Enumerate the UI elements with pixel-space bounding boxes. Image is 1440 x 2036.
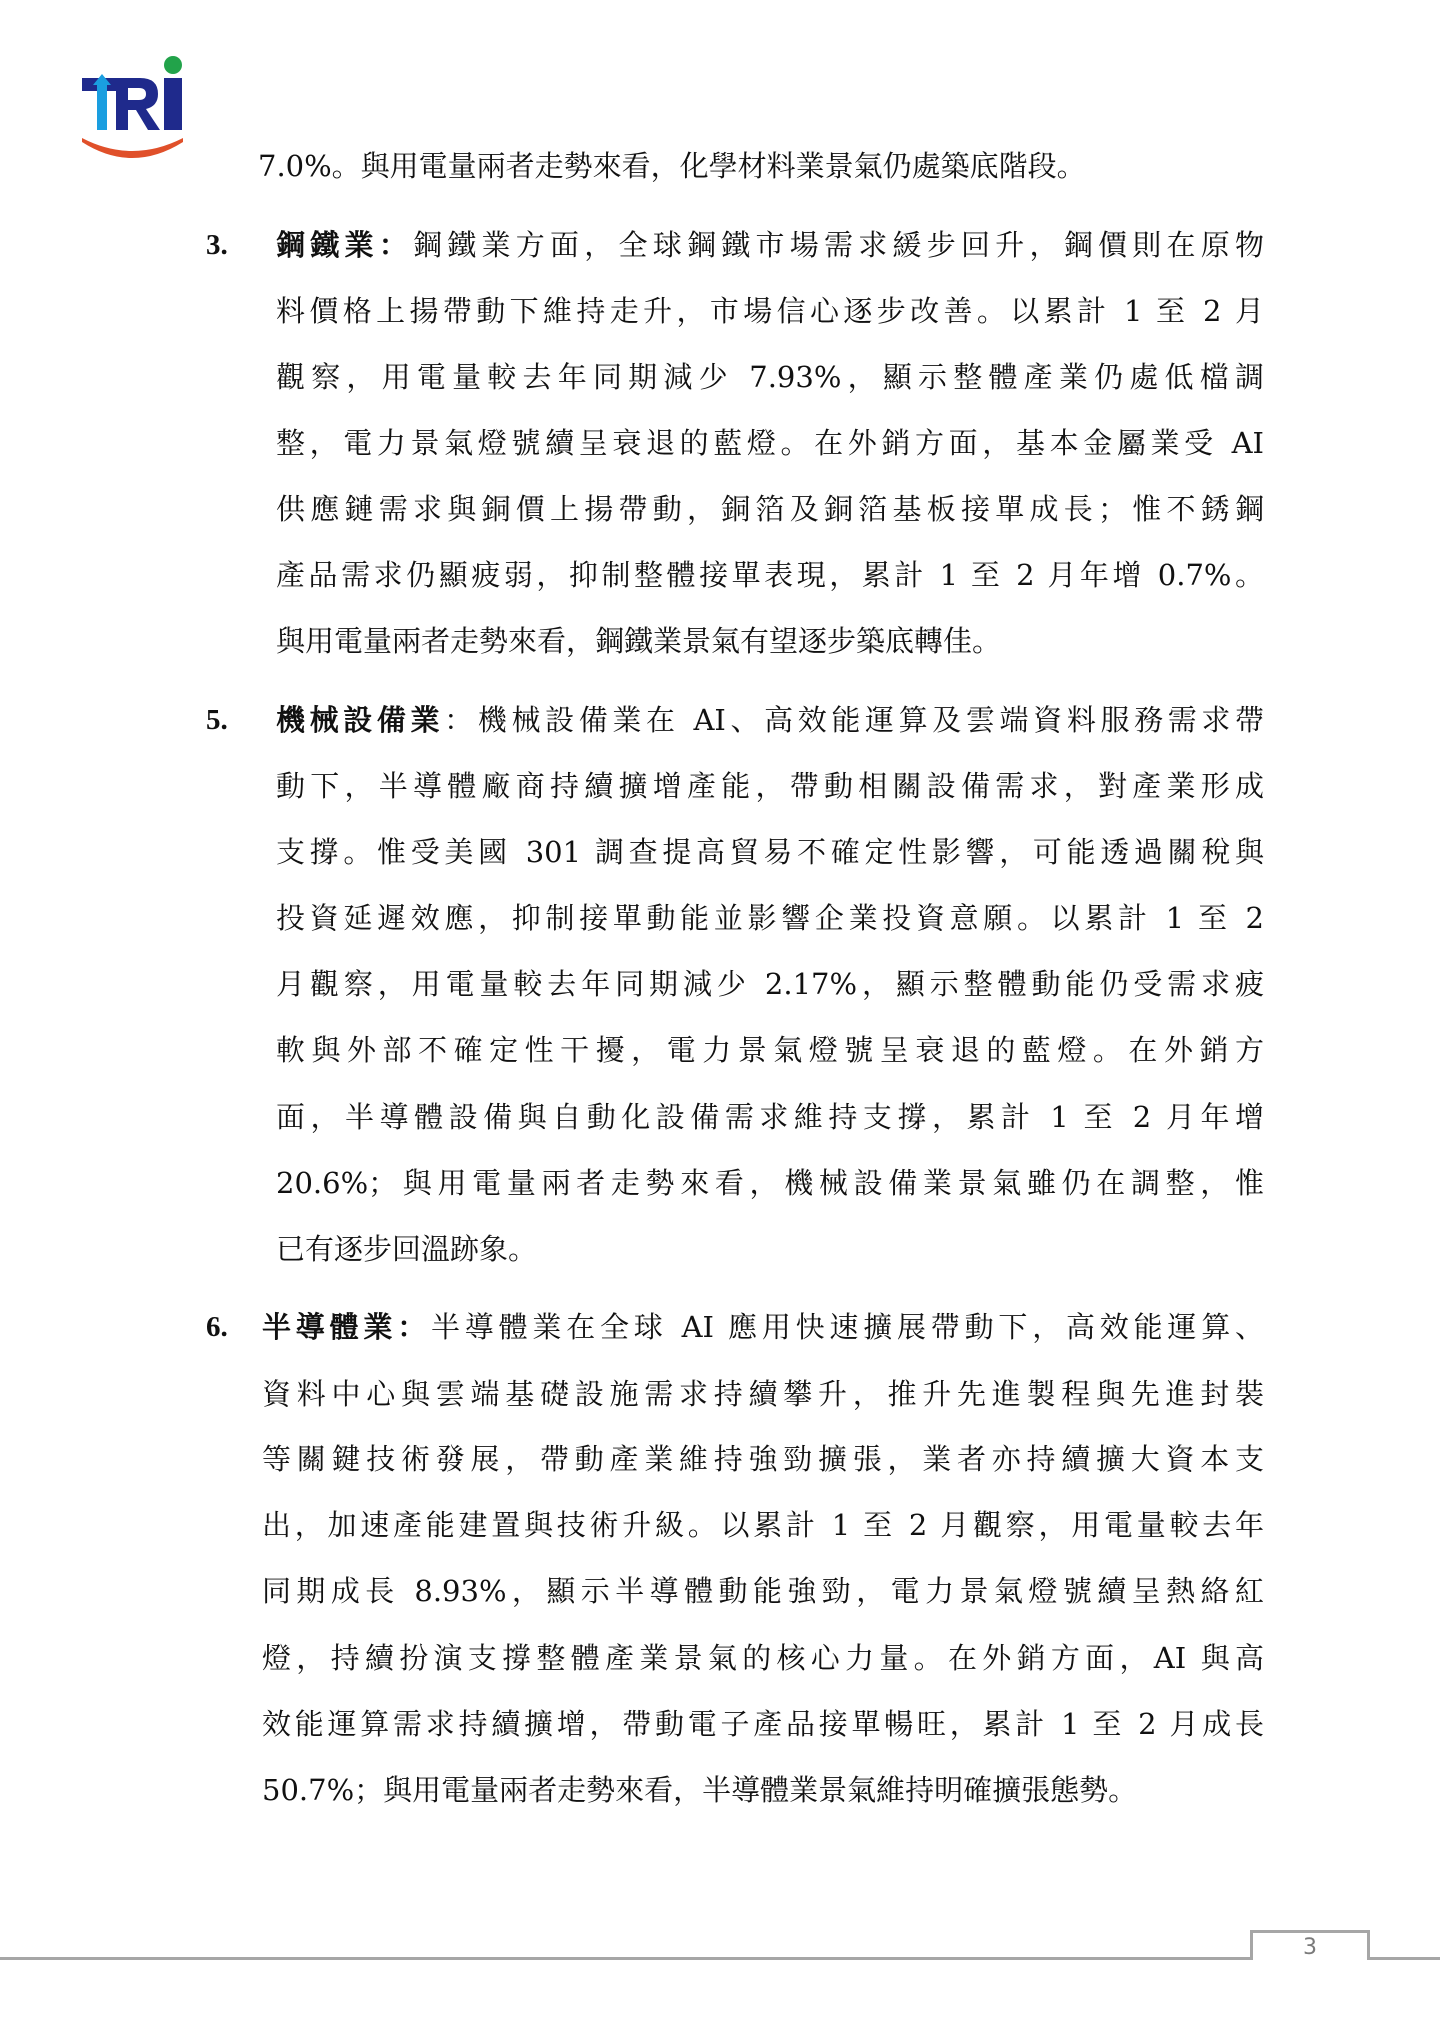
paragraph-line: 已有逐步回溫跡象。 (276, 1229, 1264, 1269)
paragraph-line: 效能運算需求持續擴增，帶動電子產品接單暢旺，累計 1 至 2 月成長 (262, 1704, 1264, 1744)
footer-divider-left (0, 1957, 1253, 1960)
paragraph-line: 20.6%；與用電量兩者走勢來看，機械設備業景氣雖仍在調整，惟 (276, 1163, 1264, 1203)
paragraph-line: 支撐。惟受美國 301 調查提高貿易不確定性影響，可能透過關稅與 (276, 832, 1264, 872)
paragraph-line: 投資延遲效應，抑制接單動能並影響企業投資意願。以累計 1 至 2 (276, 898, 1264, 938)
page-number: 3 (1250, 1934, 1370, 1962)
paragraph-line: 供應鏈需求與銅價上揚帶動，銅箔及銅箔基板接單成長；惟不銹鋼 (276, 489, 1264, 529)
footer-divider-right (1364, 1957, 1440, 1960)
tri-logo (78, 52, 190, 160)
paragraph-line: 燈，持續扮演支撐整體產業景氣的核心力量。在外銷方面，AI 與高 (262, 1638, 1264, 1678)
paragraph-line: 整，電力景氣燈號續呈衰退的藍燈。在外銷方面，基本金屬業受 AI (276, 423, 1264, 463)
paragraph-line: 與用電量兩者走勢來看，鋼鐵業景氣有望逐步築底轉佳。 (276, 621, 1264, 661)
paragraph-line: 出，加速產能建置與技術升級。以累計 1 至 2 月觀察，用電量較去年 (262, 1505, 1264, 1545)
section-title: 機械設備業 (276, 703, 444, 737)
paragraph-line: 動下，半導體廠商持續擴增產能，帶動相關設備需求，對產業形成 (276, 766, 1264, 806)
paragraph-line: 軟與外部不確定性干擾，電力景氣燈號呈衰退的藍燈。在外銷方 (276, 1030, 1264, 1070)
paragraph-line: 料價格上揚帶動下維持走升，市場信心逐步改善。以累計 1 至 2 月 (276, 291, 1264, 331)
section-title: 半導體業： (262, 1310, 431, 1344)
section-number: 3. (206, 225, 228, 265)
tri-logo-icon (78, 52, 190, 160)
section-3-line-1: 鋼鐵業：鋼鐵業方面，全球鋼鐵市場需求緩步回升，鋼價則在原物 (276, 225, 1264, 265)
continuation-line: 7.0%。與用電量兩者走勢來看，化學材料業景氣仍處築底階段。 (258, 146, 1264, 186)
paragraph-line: 資料中心與雲端基礎設施需求持續攀升，推升先進製程與先進封裝 (262, 1374, 1264, 1414)
section-number: 5. (206, 700, 228, 740)
paragraph-line: 等關鍵技術發展，帶動產業維持強勁擴張，業者亦持續擴大資本支 (262, 1439, 1264, 1479)
paragraph-line: 面，半導體設備與自動化設備需求維持支撐，累計 1 至 2 月年增 (276, 1097, 1264, 1137)
section-title: 鋼鐵業： (276, 228, 413, 262)
paragraph-line: 觀察，用電量較去年同期減少 7.93%，顯示整體產業仍處低檔調 (276, 357, 1264, 397)
paragraph-text: ：機械設備業在 AI、高效能運算及雲端資料服務需求帶 (444, 703, 1264, 737)
paragraph-line: 月觀察，用電量較去年同期減少 2.17%，顯示整體動能仍受需求疲 (276, 964, 1264, 1004)
paragraph-text: 鋼鐵業方面，全球鋼鐵市場需求緩步回升，鋼價則在原物 (413, 228, 1264, 262)
paragraph-line: 產品需求仍顯疲弱，抑制整體接單表現，累計 1 至 2 月年增 0.7%。 (276, 555, 1264, 595)
section-number: 6. (206, 1307, 228, 1347)
section-5-line-1: 機械設備業：機械設備業在 AI、高效能運算及雲端資料服務需求帶 (276, 700, 1264, 740)
paragraph-line: 50.7%；與用電量兩者走勢來看，半導體業景氣維持明確擴張態勢。 (262, 1770, 1264, 1810)
paragraph-text: 半導體業在全球 AI 應用快速擴展帶動下，高效能運算、 (431, 1310, 1264, 1344)
section-6-line-1: 半導體業：半導體業在全球 AI 應用快速擴展帶動下，高效能運算、 (262, 1307, 1264, 1347)
paragraph-line: 同期成長 8.93%，顯示半導體動能強勁，電力景氣燈號續呈熱絡紅 (262, 1571, 1264, 1611)
